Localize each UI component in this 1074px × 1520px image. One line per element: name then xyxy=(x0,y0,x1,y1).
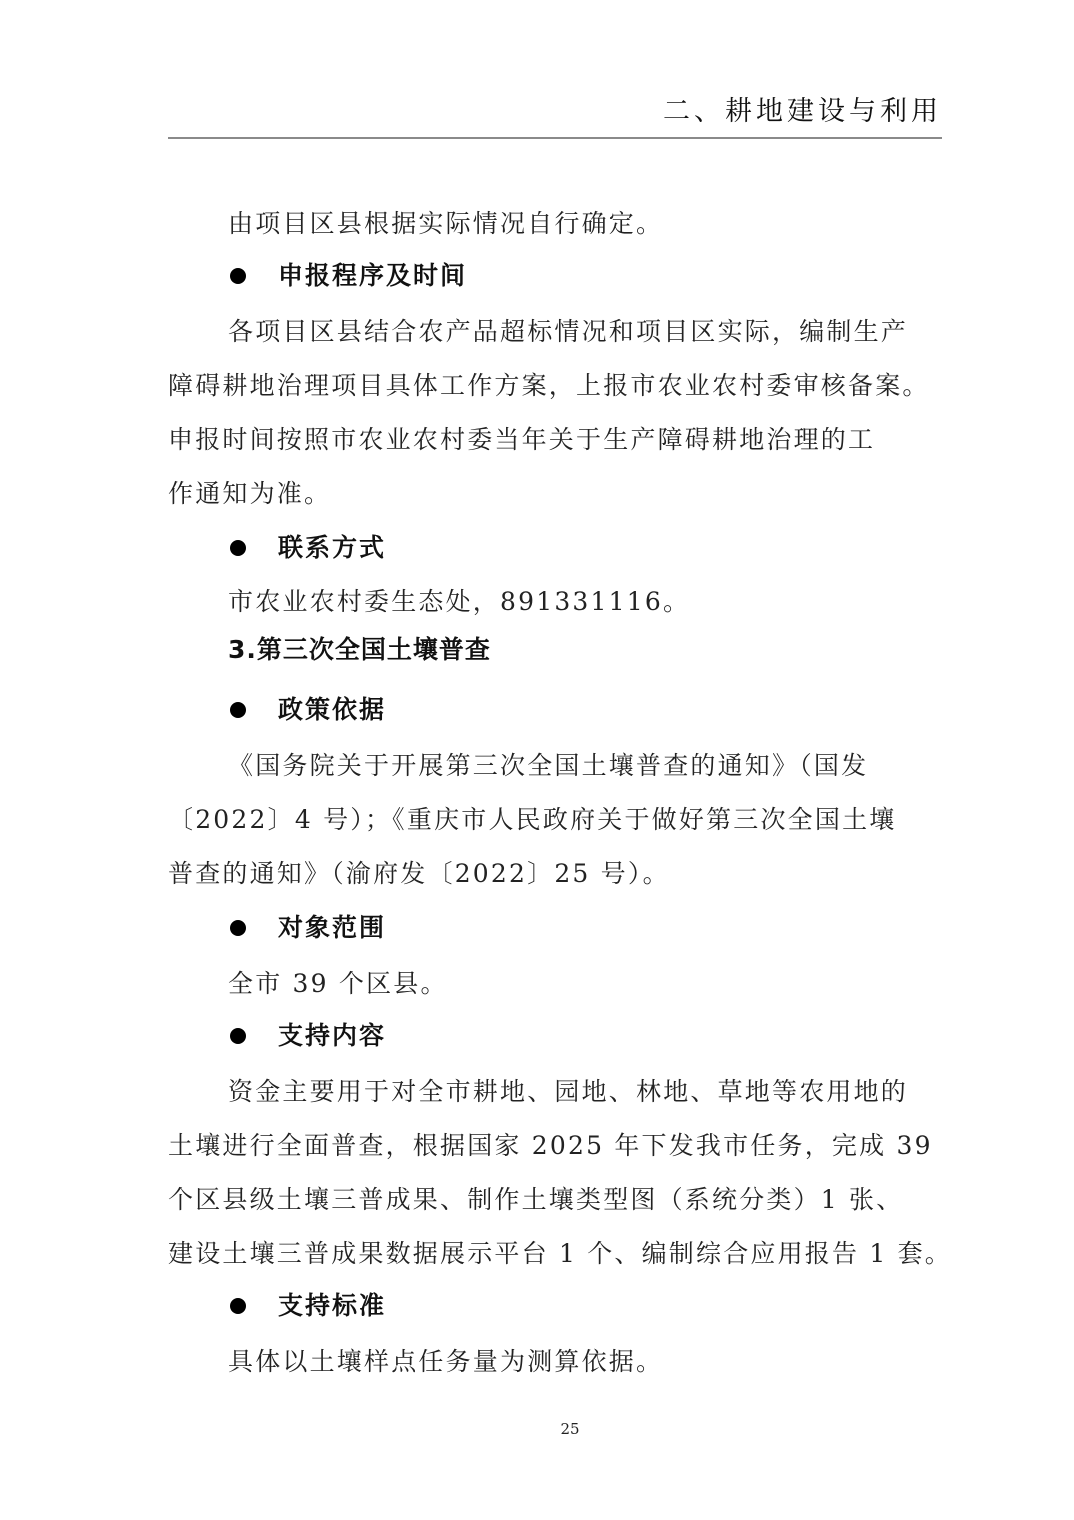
bullet-dot-icon xyxy=(230,540,246,556)
bullet-heading-standard: 支持标准 xyxy=(230,1288,386,1324)
paragraph-text: 〔2022〕4 号）；《重庆市人民政府关于做好第三次全国土壤 xyxy=(168,802,948,838)
paragraph-text: 作通知为准。 xyxy=(168,476,948,512)
page-number: 25 xyxy=(0,1420,1074,1438)
bullet-heading-contact: 联系方式 xyxy=(230,530,386,566)
bullet-dot-icon xyxy=(230,1028,246,1044)
bullet-heading-label: 支持标准 xyxy=(278,1288,386,1324)
section-title: 3.第三次全国土壤普查 xyxy=(228,632,491,668)
bullet-heading-label: 支持内容 xyxy=(278,1018,386,1054)
paragraph-text: 全市 39 个区县。 xyxy=(228,966,1008,1002)
bullet-heading-label: 联系方式 xyxy=(278,530,386,566)
paragraph-text: 障碍耕地治理项目具体工作方案，上报市农业农村委审核备案。 xyxy=(168,368,948,404)
bullet-heading-policy: 政策依据 xyxy=(230,692,386,728)
paragraph-text: 各项目区县结合农产品超标情况和项目区实际，编制生产 xyxy=(228,314,1008,350)
bullet-heading-content: 支持内容 xyxy=(230,1018,386,1054)
paragraph-text: 由项目区县根据实际情况自行确定。 xyxy=(228,206,1008,242)
paragraph-text: 个区县级土壤三普成果、制作土壤类型图（系统分类）1 张、 xyxy=(168,1182,948,1218)
paragraph-text: 土壤进行全面普查，根据国家 2025 年下发我市任务，完成 39 xyxy=(168,1128,948,1164)
chapter-title: 二、耕地建设与利用 xyxy=(663,92,942,132)
bullet-dot-icon xyxy=(230,1298,246,1314)
contact-text: 市农业农村委生态处，891331116。 xyxy=(228,584,1008,620)
paragraph-text: 普查的通知》（渝府发〔2022〕25 号）。 xyxy=(168,856,948,892)
bullet-heading-label: 政策依据 xyxy=(278,692,386,728)
bullet-heading-apply: 申报程序及时间 xyxy=(230,258,467,294)
bullet-heading-scope: 对象范围 xyxy=(230,910,386,946)
paragraph-text: 资金主要用于对全市耕地、园地、林地、草地等农用地的 xyxy=(228,1074,1008,1110)
bullet-dot-icon xyxy=(230,268,246,284)
bullet-heading-label: 对象范围 xyxy=(278,910,386,946)
paragraph-text: 具体以土壤样点任务量为测算依据。 xyxy=(228,1344,1008,1380)
paragraph-text: 《国务院关于开展第三次全国土壤普查的通知》（国发 xyxy=(228,748,1008,784)
header-divider xyxy=(168,137,942,139)
bullet-dot-icon xyxy=(230,702,246,718)
paragraph-text: 申报时间按照市农业农村委当年关于生产障碍耕地治理的工 xyxy=(168,422,948,458)
page-header: 二、耕地建设与利用 xyxy=(168,92,942,140)
bullet-heading-label: 申报程序及时间 xyxy=(278,258,467,294)
bullet-dot-icon xyxy=(230,920,246,936)
paragraph-text: 建设土壤三普成果数据展示平台 1 个、编制综合应用报告 1 套。 xyxy=(168,1236,948,1272)
